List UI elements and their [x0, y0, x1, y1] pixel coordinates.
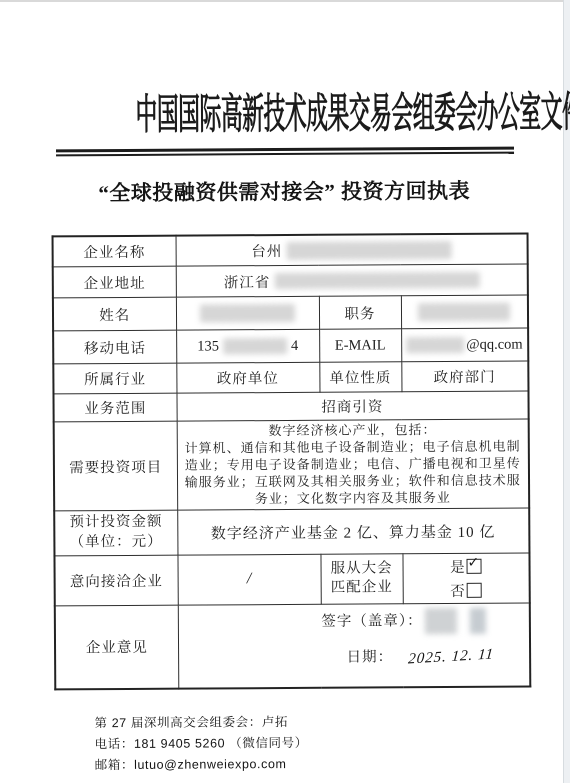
redacted-signature-stamp-2	[469, 607, 485, 633]
table-row-company-opinion: 企业意见 签字（盖章）： 日期： 2025. 12. 11	[55, 603, 531, 689]
field-value-email: @qq.com	[401, 328, 528, 362]
field-label-industry: 所属行业	[53, 363, 176, 394]
mobile-prefix: 135	[197, 338, 219, 355]
footer-contact-block: 第 27 届深圳高交会组委会：卢拓 电话：181 9405 5260 （微信同号…	[94, 712, 308, 776]
handwritten-slash: /	[247, 570, 252, 587]
redacted-email	[406, 337, 464, 353]
field-label-business-scope: 业务范围	[53, 393, 176, 422]
field-value-investment-projects: 数字经济核心产业，包括： 计算机、通信和其他电子设备制造业；电子信息机电制造业；…	[177, 419, 530, 511]
handwritten-date: 2025. 12. 11	[407, 646, 494, 668]
field-label-company-address: 企业地址	[53, 266, 176, 298]
document-header-title: 中国国际高新技术成果交易会组委会办公室文件	[135, 91, 432, 139]
field-value-mobile: 135 4	[176, 329, 319, 363]
company-name-prefix: 台州	[251, 240, 282, 261]
field-label-name: 姓名	[53, 297, 176, 331]
footer-contact-email: 邮箱：lutuo@zhenweiexpo.com	[95, 754, 308, 776]
date-label: 日期：	[347, 649, 394, 665]
redacted-contact-name	[200, 304, 295, 323]
company-address-prefix: 浙江省	[224, 271, 271, 292]
field-value-investment-amount: 数字经济产业基金 2 亿、算力基金 10 亿	[177, 508, 529, 554]
table-row-phone-email: 移动电话 135 4 E-MAIL @qq.com	[53, 328, 528, 364]
redacted-contact-position	[418, 303, 510, 322]
redacted-company-name	[286, 240, 451, 259]
field-label-intended-companies: 意向接洽企业	[54, 555, 177, 606]
field-label-company-name: 企业名称	[53, 236, 176, 267]
table-row-contact: 姓名 职务	[53, 295, 528, 331]
footer-contact-person: 第 27 届深圳高交会组委会：卢拓	[94, 712, 307, 734]
field-value-position	[401, 295, 528, 329]
no-option: 否	[450, 579, 482, 600]
field-value-industry: 政府单位	[176, 362, 319, 393]
footer-contact-phone: 电话：181 9405 5260 （微信同号）	[95, 733, 308, 755]
table-row-company-name: 企业名称 台州	[53, 234, 528, 267]
receipt-table: 企业名称 台州 企业地址 浙江省 姓名 职务	[52, 233, 532, 690]
field-value-company-name: 台州	[176, 234, 528, 267]
field-label-position: 职务	[319, 296, 401, 330]
signature-label: 签字（盖章）：	[321, 609, 422, 631]
investment-projects-intro: 数字经济核心产业，包括：	[181, 422, 524, 441]
mobile-suffix: 4	[291, 337, 298, 354]
table-row-intended-companies: 意向接洽企业 / 服从大会匹配企业 是 ✓ 否	[54, 553, 529, 606]
field-label-company-opinion: 企业意见	[55, 605, 179, 689]
field-label-unit-type: 单位性质	[319, 362, 401, 393]
yes-option: 是 ✓	[450, 555, 482, 576]
table-row-company-address: 企业地址 浙江省	[53, 264, 528, 298]
email-suffix: @qq.com	[466, 336, 523, 353]
field-label-email: E-MAIL	[319, 329, 401, 363]
unchecked-checkbox-icon	[467, 582, 482, 597]
redacted-signature-stamp-1	[424, 608, 456, 634]
investment-projects-detail: 计算机、通信和其他电子设备制造业；电子信息机电制造业；专用电子设备制造业；电信、…	[181, 438, 524, 508]
field-label-mobile: 移动电话	[53, 330, 176, 364]
date-line: 日期： 2025. 12. 11	[347, 644, 494, 666]
table-row-industry: 所属行业 政府单位 单位性质 政府部门	[53, 361, 528, 394]
no-label: 否	[450, 579, 465, 600]
redacted-mobile	[223, 338, 287, 354]
investment-amount-label-line2: （单位：元）	[59, 533, 173, 553]
field-value-company-opinion: 签字（盖章）： 日期： 2025. 12. 11	[178, 603, 531, 689]
table-row-investment-amount: 预计投资金额 （单位：元） 数字经济产业基金 2 亿、算力基金 10 亿	[54, 508, 529, 555]
check-mark-icon: ✓	[467, 555, 479, 569]
field-value-name	[176, 296, 319, 330]
form-title: “全球投融资供需对接会” 投资方回执表	[0, 174, 569, 207]
table-row-investment-projects: 需要投资项目 数字经济核心产业，包括： 计算机、通信和其他电子设备制造业；电子信…	[54, 419, 530, 511]
field-value-unit-type: 政府部门	[401, 361, 528, 392]
field-value-match-choice: 是 ✓ 否	[402, 553, 529, 604]
field-value-intended-companies: /	[177, 554, 320, 605]
field-value-company-address: 浙江省	[176, 264, 528, 297]
yes-label: 是	[450, 555, 465, 576]
investment-amount-label-line1: 预计投资金额	[59, 513, 173, 533]
checked-checkbox-icon: ✓	[467, 558, 482, 573]
field-value-business-scope: 招商引资	[176, 391, 528, 421]
redacted-company-address	[274, 272, 479, 289]
field-label-investment-amount: 预计投资金额 （单位：元）	[54, 511, 177, 556]
field-label-match-companies: 服从大会匹配企业	[320, 553, 402, 603]
field-label-investment-projects: 需要投资项目	[54, 421, 178, 511]
document-header-rule	[56, 147, 514, 157]
scanned-document: 中国国际高新技术成果交易会组委会办公室文件 “全球投融资供需对接会” 投资方回执…	[0, 0, 570, 783]
table-row-business-scope: 业务范围 招商引资	[53, 391, 528, 422]
